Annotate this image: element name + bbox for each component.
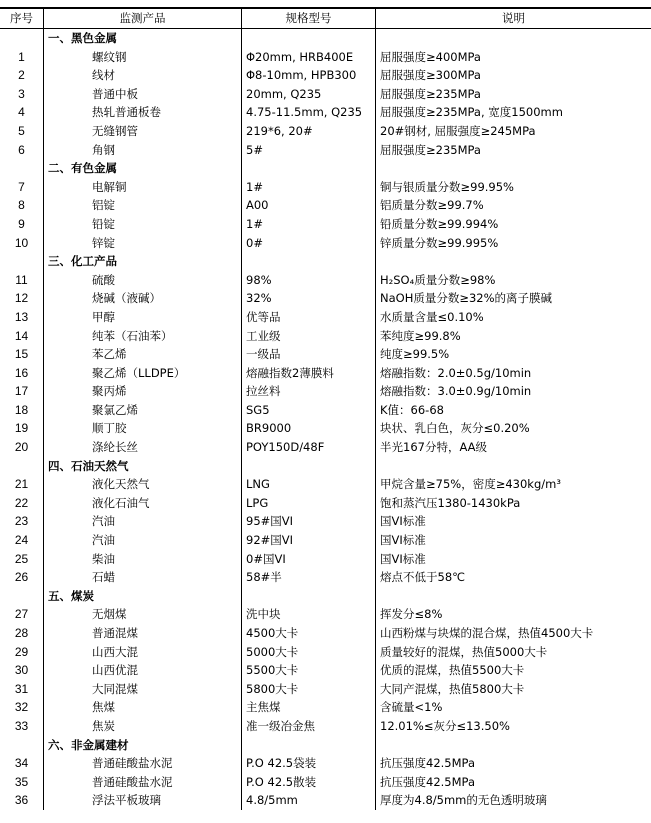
- product-name: 苯乙烯: [44, 345, 242, 364]
- product-name: 普通硅酸盐水泥: [44, 754, 242, 773]
- table-row: 20 涤纶长丝 POY150D/48F 半光167分特，AA级: [0, 438, 651, 457]
- table-row: 29 山西大混 5000大卡 质量较好的混煤，热值5000大卡: [0, 643, 651, 662]
- description: 20#钢材, 屈服强度≥245MPa: [376, 122, 651, 141]
- description: 熔点不低于58℃: [376, 568, 651, 587]
- product-name: 液化石油气: [44, 494, 242, 513]
- section-desc-cell: [376, 457, 651, 476]
- spec-model: 20mm, Q235: [242, 85, 376, 104]
- spec-model: P.O 42.5袋装: [242, 754, 376, 773]
- product-name: 柴油: [44, 550, 242, 569]
- section-label: 六、非金属建材: [44, 736, 242, 755]
- serial-no: 20: [0, 438, 44, 457]
- description: H₂SO₄质量分数≥98%: [376, 271, 651, 290]
- section-label: 三、化工产品: [44, 252, 242, 271]
- spec-model: 92#国VI: [242, 531, 376, 550]
- product-name: 普通混煤: [44, 624, 242, 643]
- description: 抗压强度42.5MPa: [376, 754, 651, 773]
- description: 锌质量分数≥99.995%: [376, 234, 651, 253]
- section-row: 五、煤炭: [0, 587, 651, 606]
- spec-model: 1#: [242, 215, 376, 234]
- description: 熔融指数：2.0±0.5g/10min: [376, 364, 651, 383]
- product-name: 铅锭: [44, 215, 242, 234]
- description: NaOH质量分数≥32%的离子膜碱: [376, 289, 651, 308]
- table-row: 16 聚乙烯（LLDPE） 熔融指数2薄膜料 熔融指数：2.0±0.5g/10m…: [0, 364, 651, 383]
- section-desc-cell: [376, 159, 651, 178]
- serial-no: 23: [0, 512, 44, 531]
- product-name: 纯苯（石油苯）: [44, 327, 242, 346]
- table-row: 1 螺纹钢 Φ20mm, HRB400E 屈服强度≥400MPa: [0, 48, 651, 67]
- serial-no: 15: [0, 345, 44, 364]
- product-name: 普通硅酸盐水泥: [44, 773, 242, 792]
- spec-model: 0#: [242, 234, 376, 253]
- spec-model: 5#: [242, 141, 376, 160]
- product-name: 锌锭: [44, 234, 242, 253]
- product-name: 山西大混: [44, 643, 242, 662]
- spec-model: 工业级: [242, 327, 376, 346]
- serial-no: 22: [0, 494, 44, 513]
- serial-no: 5: [0, 122, 44, 141]
- spec-model: 一级品: [242, 345, 376, 364]
- section-spec-cell: [242, 159, 376, 178]
- spec-model: 5000大卡: [242, 643, 376, 662]
- spec-model: 洗中块: [242, 605, 376, 624]
- table-row: 22 液化石油气 LPG 饱和蒸汽压1380-1430kPa: [0, 494, 651, 513]
- table-row: 30 山西优混 5500大卡 优质的混煤，热值5500大卡: [0, 661, 651, 680]
- spec-model: 98%: [242, 271, 376, 290]
- description: 大同产混煤，热值5800大卡: [376, 680, 651, 699]
- spec-model: 219*6, 20#: [242, 122, 376, 141]
- table-row: 32 焦煤 主焦煤 含硫量<1%: [0, 698, 651, 717]
- section-row: 一、黑色金属: [0, 29, 651, 48]
- section-spec-cell: [242, 29, 376, 48]
- section-serial-cell: [0, 736, 44, 755]
- serial-no: 32: [0, 698, 44, 717]
- section-spec-cell: [242, 252, 376, 271]
- spec-model: 拉丝料: [242, 382, 376, 401]
- table-row: 25 柴油 0#国VI 国VI标准: [0, 550, 651, 569]
- description: 铝质量分数≥99.7%: [376, 196, 651, 215]
- spec-model: BR9000: [242, 419, 376, 438]
- serial-no: 9: [0, 215, 44, 234]
- product-name: 汽油: [44, 531, 242, 550]
- table-row: 13 甲醇 优等品 水质量含量≤0.10%: [0, 308, 651, 327]
- product-name: 焦炭: [44, 717, 242, 736]
- product-name: 顺丁胶: [44, 419, 242, 438]
- serial-no: 29: [0, 643, 44, 662]
- section-serial-cell: [0, 159, 44, 178]
- serial-no: 2: [0, 66, 44, 85]
- description: 熔融指数：3.0±0.9g/10min: [376, 382, 651, 401]
- description: 国VI标准: [376, 531, 651, 550]
- product-name: 无烟煤: [44, 605, 242, 624]
- section-row: 四、石油天然气: [0, 457, 651, 476]
- table-row: 33 焦炭 准一级冶金焦 12.01%≤灰分≤13.50%: [0, 717, 651, 736]
- spec-model: P.O 42.5散装: [242, 773, 376, 792]
- product-name: 聚丙烯: [44, 382, 242, 401]
- description: 屈服强度≥235MPa: [376, 141, 651, 160]
- description: 甲烷含量≥75%，密度≥430kg/m³: [376, 475, 651, 494]
- table-row: 12 烧碱（液碱） 32% NaOH质量分数≥32%的离子膜碱: [0, 289, 651, 308]
- product-name: 甲醇: [44, 308, 242, 327]
- spec-model: 1#: [242, 178, 376, 197]
- serial-no: 24: [0, 531, 44, 550]
- section-spec-cell: [242, 587, 376, 606]
- table-row: 24 汽油 92#国VI 国VI标准: [0, 531, 651, 550]
- description: 挥发分≤8%: [376, 605, 651, 624]
- serial-no: 17: [0, 382, 44, 401]
- description: 12.01%≤灰分≤13.50%: [376, 717, 651, 736]
- table-row: 17 聚丙烯 拉丝料 熔融指数：3.0±0.9g/10min: [0, 382, 651, 401]
- section-serial-cell: [0, 587, 44, 606]
- product-name: 焦煤: [44, 698, 242, 717]
- table-row: 3 普通中板 20mm, Q235 屈服强度≥235MPa: [0, 85, 651, 104]
- description: K值：66-68: [376, 401, 651, 420]
- table-row: 36 浮法平板玻璃 4.8/5mm 厚度为4.8/5mm的无色透明玻璃: [0, 791, 651, 810]
- section-label: 四、石油天然气: [44, 457, 242, 476]
- spec-model: Φ20mm, HRB400E: [242, 48, 376, 67]
- product-name: 螺纹钢: [44, 48, 242, 67]
- table-body: 一、黑色金属 1 螺纹钢 Φ20mm, HRB400E 屈服强度≥400MPa …: [0, 29, 651, 810]
- spec-model: LNG: [242, 475, 376, 494]
- description: 优质的混煤，热值5500大卡: [376, 661, 651, 680]
- table-row: 34 普通硅酸盐水泥 P.O 42.5袋装 抗压强度42.5MPa: [0, 754, 651, 773]
- description: 国VI标准: [376, 550, 651, 569]
- description: 苯纯度≥99.8%: [376, 327, 651, 346]
- section-serial-cell: [0, 29, 44, 48]
- section-row: 六、非金属建材: [0, 736, 651, 755]
- serial-no: 4: [0, 103, 44, 122]
- table-row: 2 线材 Φ8-10mm, HPB300 屈服强度≥300MPa: [0, 66, 651, 85]
- serial-no: 16: [0, 364, 44, 383]
- section-serial-cell: [0, 252, 44, 271]
- product-name: 山西优混: [44, 661, 242, 680]
- table-row: 23 汽油 95#国VI 国VI标准: [0, 512, 651, 531]
- serial-no: 3: [0, 85, 44, 104]
- spec-model: 4.75-11.5mm, Q235: [242, 103, 376, 122]
- description: 屈服强度≥235MPa, 宽度1500mm: [376, 103, 651, 122]
- table-row: 18 聚氯乙烯 SG5 K值：66-68: [0, 401, 651, 420]
- serial-no: 30: [0, 661, 44, 680]
- spec-model: 优等品: [242, 308, 376, 327]
- spec-model: 5800大卡: [242, 680, 376, 699]
- description: 国VI标准: [376, 512, 651, 531]
- product-name: 无缝钢管: [44, 122, 242, 141]
- table-row: 26 石蜡 58#半 熔点不低于58℃: [0, 568, 651, 587]
- table-row: 14 纯苯（石油苯） 工业级 苯纯度≥99.8%: [0, 327, 651, 346]
- spec-model: POY150D/48F: [242, 438, 376, 457]
- description: 屈服强度≥300MPa: [376, 66, 651, 85]
- product-monitoring-table: 序号 监测产品 规格型号 说明 一、黑色金属 1 螺纹钢 Φ20mm, HRB4…: [0, 7, 651, 810]
- serial-no: 10: [0, 234, 44, 253]
- spec-model: 准一级冶金焦: [242, 717, 376, 736]
- header-spec: 规格型号: [242, 9, 376, 28]
- product-name: 热轧普通板卷: [44, 103, 242, 122]
- header-serial-no: 序号: [0, 9, 44, 28]
- spec-model: 4500大卡: [242, 624, 376, 643]
- serial-no: 26: [0, 568, 44, 587]
- serial-no: 34: [0, 754, 44, 773]
- table-row: 28 普通混煤 4500大卡 山西粉煤与块煤的混合煤，热值4500大卡: [0, 624, 651, 643]
- serial-no: 35: [0, 773, 44, 792]
- serial-no: 6: [0, 141, 44, 160]
- product-name: 聚氯乙烯: [44, 401, 242, 420]
- product-name: 汽油: [44, 512, 242, 531]
- serial-no: 25: [0, 550, 44, 569]
- product-name: 石蜡: [44, 568, 242, 587]
- spec-model: 主焦煤: [242, 698, 376, 717]
- product-name: 浮法平板玻璃: [44, 791, 242, 810]
- serial-no: 8: [0, 196, 44, 215]
- description: 纯度≥99.5%: [376, 345, 651, 364]
- table-row: 9 铅锭 1# 铅质量分数≥99.994%: [0, 215, 651, 234]
- table-row: 4 热轧普通板卷 4.75-11.5mm, Q235 屈服强度≥235MPa, …: [0, 103, 651, 122]
- section-row: 三、化工产品: [0, 252, 651, 271]
- table-row: 35 普通硅酸盐水泥 P.O 42.5散装 抗压强度42.5MPa: [0, 773, 651, 792]
- table-row: 10 锌锭 0# 锌质量分数≥99.995%: [0, 234, 651, 253]
- table-header-row: 序号 监测产品 规格型号 说明: [0, 9, 651, 29]
- serial-no: 31: [0, 680, 44, 699]
- description: 铅质量分数≥99.994%: [376, 215, 651, 234]
- serial-no: 28: [0, 624, 44, 643]
- product-name: 角钢: [44, 141, 242, 160]
- table-row: 8 铝锭 A00 铝质量分数≥99.7%: [0, 196, 651, 215]
- spec-model: LPG: [242, 494, 376, 513]
- serial-no: 21: [0, 475, 44, 494]
- description: 饱和蒸汽压1380-1430kPa: [376, 494, 651, 513]
- description: 山西粉煤与块煤的混合煤，热值4500大卡: [376, 624, 651, 643]
- spec-model: 熔融指数2薄膜料: [242, 364, 376, 383]
- product-name: 聚乙烯（LLDPE）: [44, 364, 242, 383]
- header-description: 说明: [376, 9, 651, 28]
- table-row: 21 液化天然气 LNG 甲烷含量≥75%，密度≥430kg/m³: [0, 475, 651, 494]
- spec-model: 58#半: [242, 568, 376, 587]
- serial-no: 18: [0, 401, 44, 420]
- section-spec-cell: [242, 736, 376, 755]
- product-name: 大同混煤: [44, 680, 242, 699]
- description: 含硫量<1%: [376, 698, 651, 717]
- description: 厚度为4.8/5mm的无色透明玻璃: [376, 791, 651, 810]
- table-row: 5 无缝钢管 219*6, 20# 20#钢材, 屈服强度≥245MPa: [0, 122, 651, 141]
- table-row: 15 苯乙烯 一级品 纯度≥99.5%: [0, 345, 651, 364]
- section-serial-cell: [0, 457, 44, 476]
- section-label: 五、煤炭: [44, 587, 242, 606]
- spec-model: A00: [242, 196, 376, 215]
- table-row: 31 大同混煤 5800大卡 大同产混煤，热值5800大卡: [0, 680, 651, 699]
- product-name: 硫酸: [44, 271, 242, 290]
- description: 屈服强度≥400MPa: [376, 48, 651, 67]
- serial-no: 1: [0, 48, 44, 67]
- product-name: 普通中板: [44, 85, 242, 104]
- serial-no: 19: [0, 419, 44, 438]
- table-row: 19 顺丁胶 BR9000 块状、乳白色，灰分≤0.20%: [0, 419, 651, 438]
- table-row: 7 电解铜 1# 铜与银质量分数≥99.95%: [0, 178, 651, 197]
- product-name: 涤纶长丝: [44, 438, 242, 457]
- section-desc-cell: [376, 736, 651, 755]
- table-row: 11 硫酸 98% H₂SO₄质量分数≥98%: [0, 271, 651, 290]
- spec-model: 4.8/5mm: [242, 791, 376, 810]
- serial-no: 14: [0, 327, 44, 346]
- product-name: 线材: [44, 66, 242, 85]
- product-name: 烧碱（液碱）: [44, 289, 242, 308]
- description: 屈服强度≥235MPa: [376, 85, 651, 104]
- serial-no: 13: [0, 308, 44, 327]
- spec-model: 32%: [242, 289, 376, 308]
- description: 铜与银质量分数≥99.95%: [376, 178, 651, 197]
- description: 抗压强度42.5MPa: [376, 773, 651, 792]
- description: 块状、乳白色，灰分≤0.20%: [376, 419, 651, 438]
- serial-no: 11: [0, 271, 44, 290]
- product-name: 液化天然气: [44, 475, 242, 494]
- serial-no: 7: [0, 178, 44, 197]
- serial-no: 36: [0, 791, 44, 810]
- section-label: 一、黑色金属: [44, 29, 242, 48]
- description: 质量较好的混煤，热值5000大卡: [376, 643, 651, 662]
- serial-no: 12: [0, 289, 44, 308]
- header-product: 监测产品: [44, 9, 242, 28]
- product-name: 电解铜: [44, 178, 242, 197]
- section-desc-cell: [376, 29, 651, 48]
- spec-model: 95#国VI: [242, 512, 376, 531]
- table-row: 27 无烟煤 洗中块 挥发分≤8%: [0, 605, 651, 624]
- section-desc-cell: [376, 587, 651, 606]
- spec-model: 0#国VI: [242, 550, 376, 569]
- section-desc-cell: [376, 252, 651, 271]
- section-row: 二、有色金属: [0, 159, 651, 178]
- serial-no: 27: [0, 605, 44, 624]
- table-row: 6 角钢 5# 屈服强度≥235MPa: [0, 141, 651, 160]
- spec-model: SG5: [242, 401, 376, 420]
- spec-model: Φ8-10mm, HPB300: [242, 66, 376, 85]
- spec-model: 5500大卡: [242, 661, 376, 680]
- section-label: 二、有色金属: [44, 159, 242, 178]
- section-spec-cell: [242, 457, 376, 476]
- serial-no: 33: [0, 717, 44, 736]
- description: 水质量含量≤0.10%: [376, 308, 651, 327]
- product-name: 铝锭: [44, 196, 242, 215]
- description: 半光167分特，AA级: [376, 438, 651, 457]
